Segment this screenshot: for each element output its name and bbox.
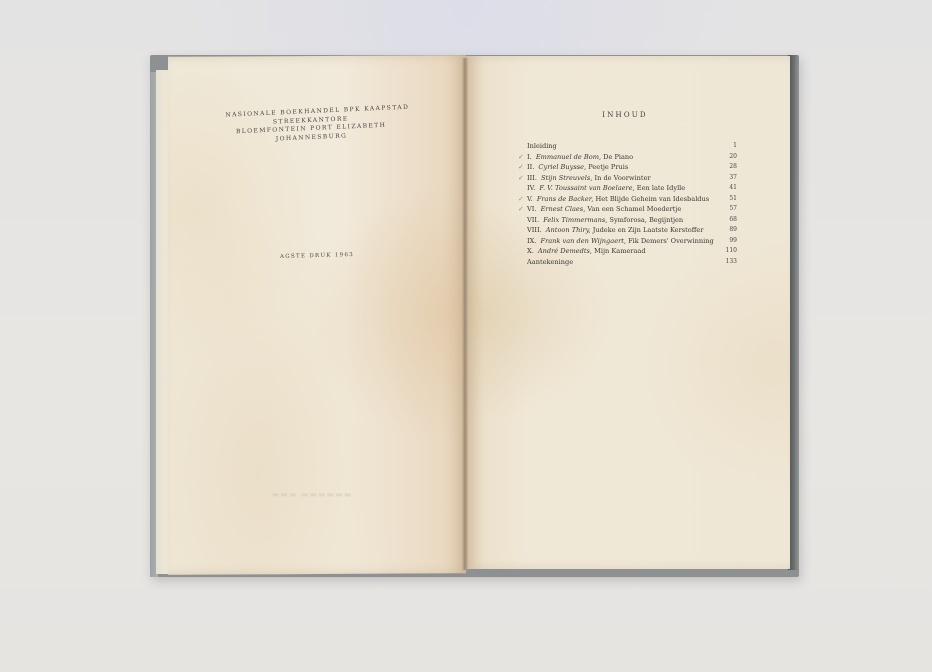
toc-entry-author: Emmanuel de Bom, bbox=[536, 153, 601, 161]
toc-entry-author: André Demedts, bbox=[538, 247, 592, 255]
toc-entry-page: 1 bbox=[733, 141, 737, 152]
book-gutter bbox=[462, 58, 468, 570]
toc-entry-page: 51 bbox=[729, 194, 737, 205]
table-of-contents: Inleiding 1 ✓ I. Emmanuel de Bom, De Pia… bbox=[527, 141, 737, 267]
toc-entry: X. André Demedts, Mijn Kameraad 110 bbox=[527, 246, 737, 257]
toc-entry-page: 28 bbox=[729, 162, 737, 173]
toc-entry-page: 37 bbox=[729, 173, 737, 184]
toc-entry: IV. F. V. Toussaint van Boelaere, Een la… bbox=[527, 183, 737, 194]
toc-entry: ✓ VI. Ernest Claes, Van een Schamel Moed… bbox=[527, 204, 737, 215]
toc-entry-author: Stijn Streuvels, bbox=[541, 174, 592, 182]
toc-entry-author: Frank van den Wijngaert, bbox=[541, 237, 626, 245]
toc-entry: ✓ I. Emmanuel de Bom, De Piano 20 bbox=[527, 152, 737, 163]
toc-entry-page: 99 bbox=[729, 236, 737, 247]
show-through-text: ▬▬▬ ▬▬▬▬▬▬ bbox=[252, 490, 372, 499]
toc-entry-title: Judeke en Zijn Laatste Kerstoffer bbox=[593, 226, 704, 234]
toc-title: Inhoud bbox=[585, 111, 665, 119]
toc-entry-title: Mijn Kameraad bbox=[594, 247, 646, 255]
toc-entry-author: Ernest Claes, bbox=[541, 205, 586, 213]
toc-entry-title: Fik Demers' Overwinning bbox=[628, 237, 714, 245]
toc-entry-page: 110 bbox=[726, 246, 737, 257]
toc-entry-number: VII. bbox=[527, 216, 539, 224]
toc-entry-author: F. V. Toussaint van Boelaere, bbox=[539, 184, 634, 192]
toc-entry-page: 20 bbox=[729, 152, 737, 163]
toc-entry: Inleiding 1 bbox=[527, 141, 737, 152]
toc-entry: ✓ II. Cyriel Buysse, Peetje Pruis 28 bbox=[527, 162, 737, 173]
toc-entry: ✓ III. Stijn Streuvels, In de Voorwinter… bbox=[527, 173, 737, 184]
toc-entry-number: IV. bbox=[527, 184, 535, 192]
toc-entry-number: V. bbox=[527, 195, 533, 203]
pencil-check-icon: ✓ bbox=[518, 204, 524, 215]
toc-entry-page: 89 bbox=[729, 225, 737, 236]
toc-entry: IX. Frank van den Wijngaert, Fik Demers'… bbox=[527, 236, 737, 247]
toc-entry-page: 57 bbox=[729, 204, 737, 215]
pencil-check-icon: ✓ bbox=[518, 152, 524, 163]
toc-entry-number: X. bbox=[527, 247, 534, 255]
toc-entry-title: Peetje Pruis bbox=[588, 163, 628, 171]
toc-entry-title: De Piano bbox=[603, 153, 633, 161]
toc-entry-title: Een late Idylle bbox=[637, 184, 685, 192]
toc-entry-author: Frans de Backer, bbox=[537, 195, 594, 203]
toc-entry-number: VIII. bbox=[527, 226, 542, 234]
right-page bbox=[466, 56, 790, 569]
toc-entry-title: Symforosa, Begijntjen bbox=[609, 216, 683, 224]
toc-entry-page: 133 bbox=[726, 257, 737, 268]
toc-entry: VII. Felix Timmermans, Symforosa, Begijn… bbox=[527, 215, 737, 226]
toc-entry: Aantekeninge 133 bbox=[527, 257, 737, 268]
pencil-check-icon: ✓ bbox=[518, 162, 524, 173]
toc-entry-number: I. bbox=[527, 153, 532, 161]
toc-entry-page: 68 bbox=[729, 215, 737, 226]
toc-entry-title: Aantekeninge bbox=[527, 258, 573, 266]
toc-entry-number: III. bbox=[527, 174, 537, 182]
toc-entry-author: Felix Timmermans, bbox=[543, 216, 607, 224]
toc-entry-author: Antoon Thiry, bbox=[546, 226, 591, 234]
toc-entry-title: Van een Schamel Moedertje bbox=[587, 205, 681, 213]
toc-entry-number: VI. bbox=[527, 205, 536, 213]
toc-entry: VIII. Antoon Thiry, Judeke en Zijn Laats… bbox=[527, 225, 737, 236]
toc-entry: ✓ V. Frans de Backer, Het Blijde Geheim … bbox=[527, 194, 737, 205]
toc-entry-title: In de Voorwinter bbox=[595, 174, 651, 182]
pencil-check-icon: ✓ bbox=[518, 173, 524, 184]
toc-entry-author: Cyriel Buysse, bbox=[538, 163, 586, 171]
pencil-check-icon: ✓ bbox=[518, 194, 524, 205]
toc-entry-title: Het Blijde Geheim van Idesbaldus bbox=[595, 195, 709, 203]
toc-entry-number: IX. bbox=[527, 237, 536, 245]
toc-entry-page: 41 bbox=[729, 183, 737, 194]
toc-entry-number: II. bbox=[527, 163, 534, 171]
toc-entry-title: Inleiding bbox=[527, 142, 557, 150]
